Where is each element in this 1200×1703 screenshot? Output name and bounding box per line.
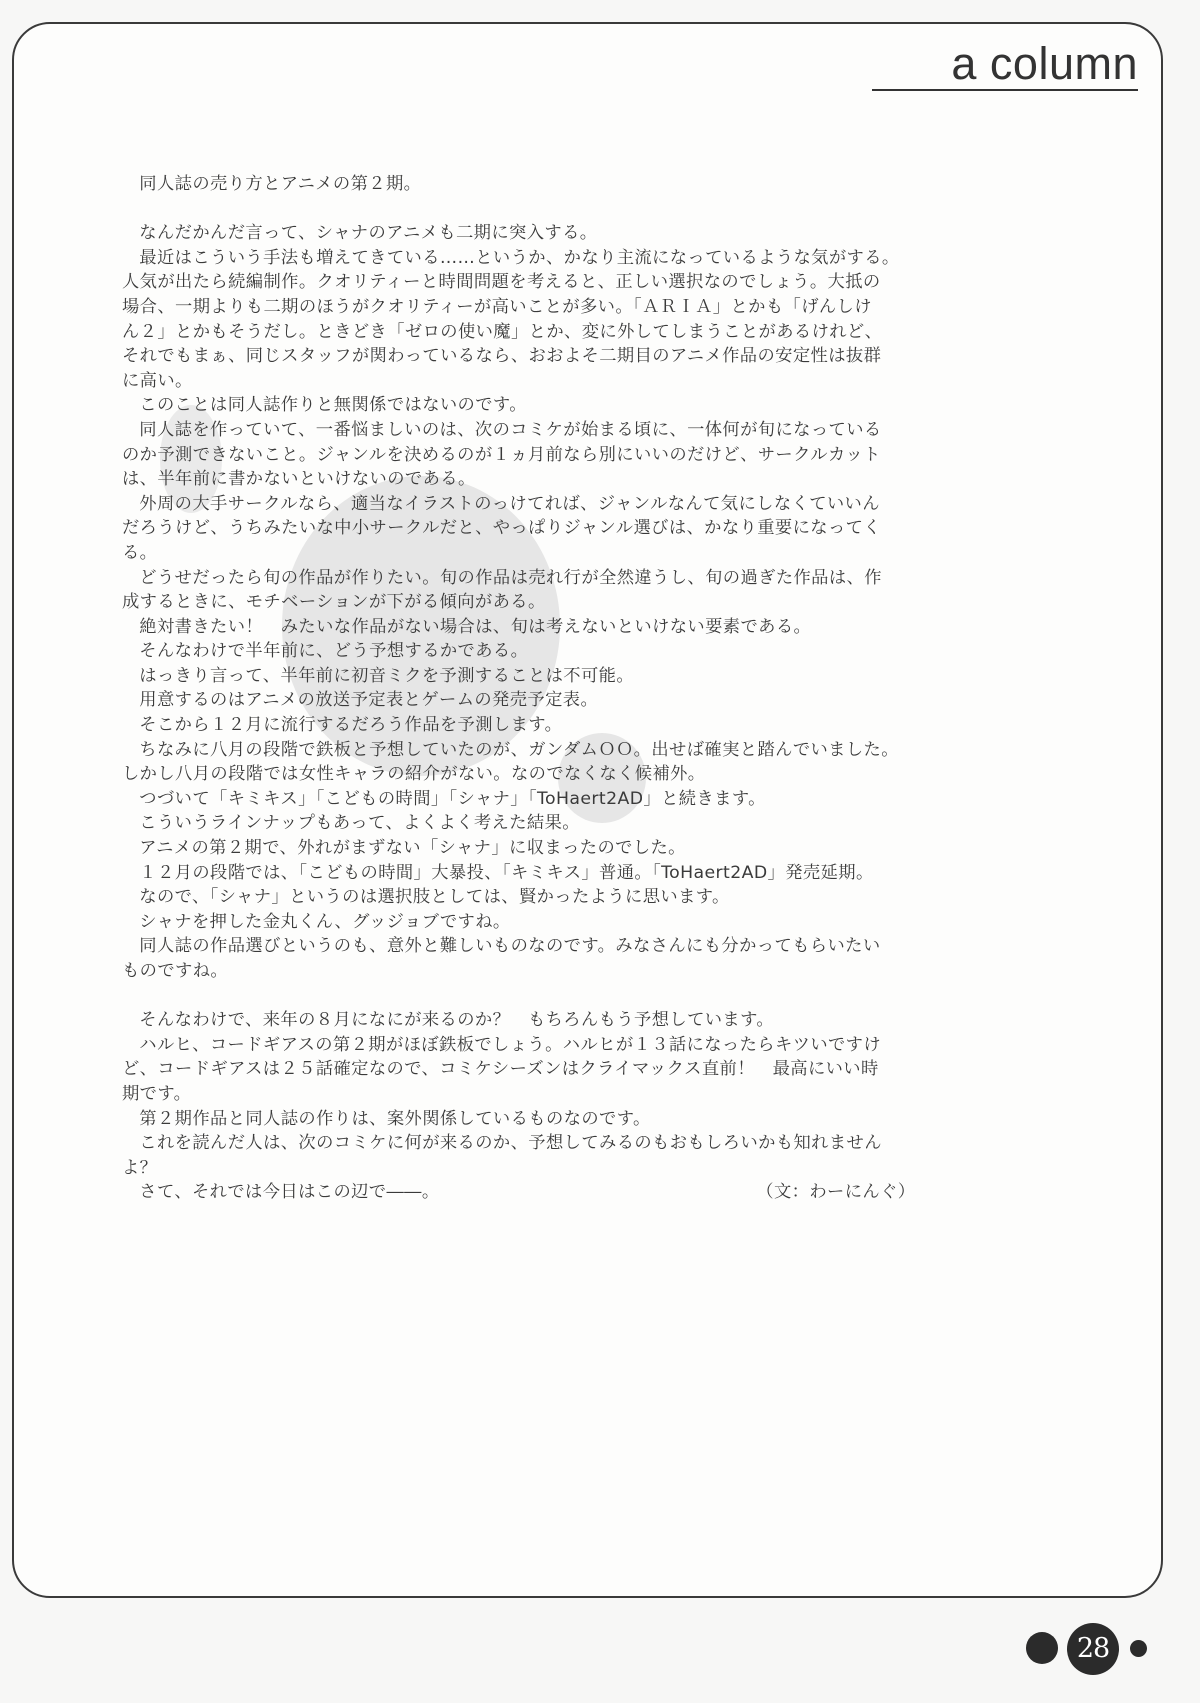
text-line: しかし八月の段階では女性キャラの紹介がない。なのでなくなく候補外。 <box>122 762 962 787</box>
text-line: のか予測できないこと。ジャンルを決めるのが１ヵ月前なら別にいいのだけど、サークル… <box>122 443 962 468</box>
page-number: 28 <box>1067 1623 1119 1675</box>
text-line: ものですね。 <box>122 959 962 984</box>
text-line: 第２期作品と同人誌の作りは、案外関係しているものなのです。 <box>122 1107 962 1132</box>
text-line: なんだかんだ言って、シャナのアニメも二期に突入する。 <box>122 221 962 246</box>
text-line: はっきり言って、半年前に初音ミクを予測することは不可能。 <box>122 664 962 689</box>
text-line: ん２」とかもそうだし。ときどき「ゼロの使い魔」とか、変に外してしまうことがあるけ… <box>122 320 962 345</box>
spacer <box>122 984 962 1009</box>
article-body: 同人誌の売り方とアニメの第２期。 なんだかんだ言って、シャナのアニメも二期に突入… <box>122 172 962 1205</box>
closing-text: さて、それでは今日はこの辺で――。 <box>139 1182 439 1202</box>
text-line: 人気が出たら続編制作。クオリティーと時間問題を考えると、正しい選択なのでしょう。… <box>122 270 962 295</box>
text-line: に高い。 <box>122 369 962 394</box>
page-title: a column <box>872 36 1138 92</box>
text-line: 期です。 <box>122 1082 962 1107</box>
text-line: る。 <box>122 541 962 566</box>
text-line: そんなわけで半年前に、どう予想するかである。 <box>122 639 962 664</box>
text-line: それでもまぁ、同じスタッフが関わっているなら、おおよそ二期目のアニメ作品の安定性… <box>122 344 962 369</box>
text-line: １２月の段階では、「こどもの時間」大暴投、「キミキス」普通。「ToHaert2A… <box>122 861 962 886</box>
author-credit: （文：わーにんぐ） <box>739 1180 915 1205</box>
text-line: 絶対書きたい！ みたいな作品がない場合は、旬は考えないといけない要素である。 <box>122 615 962 640</box>
text-line: アニメの第２期で、外れがまずない「シャナ」に収まったのでした。 <box>122 836 962 861</box>
text-line: 同人誌を作っていて、一番悩ましいのは、次のコミケが始まる頃に、一体何が旬になって… <box>122 418 962 443</box>
closing-line: さて、それでは今日はこの辺で――。 （文：わーにんぐ） <box>122 1180 962 1205</box>
text-line: は、半年前に書かないといけないのである。 <box>122 467 962 492</box>
text-line: ハルヒ、コードギアスの第２期がほぼ鉄板でしょう。ハルヒが１３話になったらキツいで… <box>122 1033 962 1058</box>
article-heading: 同人誌の売り方とアニメの第２期。 <box>122 172 962 197</box>
text-line: つづいて「キミキス」「こどもの時間」「シャナ」「ToHaert2AD」と続きます… <box>122 787 962 812</box>
text-line: ちなみに八月の段階で鉄板と予想していたのが、ガンダムＯＯ。出せば確実と踏んでいま… <box>122 738 962 763</box>
title-underline <box>872 89 1138 91</box>
text-line: そこから１２月に流行するだろう作品を予測します。 <box>122 713 962 738</box>
text-line: そんなわけで、来年の８月になにが来るのか？ もちろんもう予想しています。 <box>122 1008 962 1033</box>
spacer <box>122 197 962 222</box>
text-line: よ？ <box>122 1156 962 1181</box>
text-line: 用意するのはアニメの放送予定表とゲームの発売予定表。 <box>122 688 962 713</box>
text-line: なので、「シャナ」というのは選択肢としては、賢かったように思います。 <box>122 885 962 910</box>
text-line: シャナを押した金丸くん、グッジョブですね。 <box>122 910 962 935</box>
text-line: どうせだったら旬の作品が作りたい。旬の作品は売れ行が全然違うし、旬の過ぎた作品は… <box>122 566 962 591</box>
text-line: これを読んだ人は、次のコミケに何が来るのか、予想してみるのもおもしろいかも知れま… <box>122 1131 962 1156</box>
article-lines: なんだかんだ言って、シャナのアニメも二期に突入する。最近はこういう手法も増えてき… <box>122 221 962 1180</box>
text-line: 成するときに、モチベーションが下がる傾向がある。 <box>122 590 962 615</box>
page-dot-left <box>1026 1632 1058 1664</box>
text-line: 外周の大手サークルなら、適当なイラストのっけてれば、ジャンルなんて気にしなくてい… <box>122 492 962 517</box>
text-line: ど、コードギアスは２５話確定なので、コミケシーズンはクライマックス直前！ 最高に… <box>122 1057 962 1082</box>
text-line: こういうラインナップもあって、よくよく考えた結果。 <box>122 811 962 836</box>
text-line: 最近はこういう手法も増えてきている……というか、かなり主流になっているような気が… <box>122 246 962 271</box>
text-line: だろうけど、うちみたいな中小サークルだと、やっぱりジャンル選びは、かなり重要にな… <box>122 516 962 541</box>
text-line: 同人誌の作品選びというのも、意外と難しいものなのです。みなさんにも分かってもらい… <box>122 934 962 959</box>
text-line: 場合、一期よりも二期のほうがクオリティーが高いことが多い。「ＡＲＩＡ」とかも「げ… <box>122 295 962 320</box>
page-dot-right <box>1130 1640 1147 1657</box>
text-line: このことは同人誌作りと無関係ではないのです。 <box>122 393 962 418</box>
